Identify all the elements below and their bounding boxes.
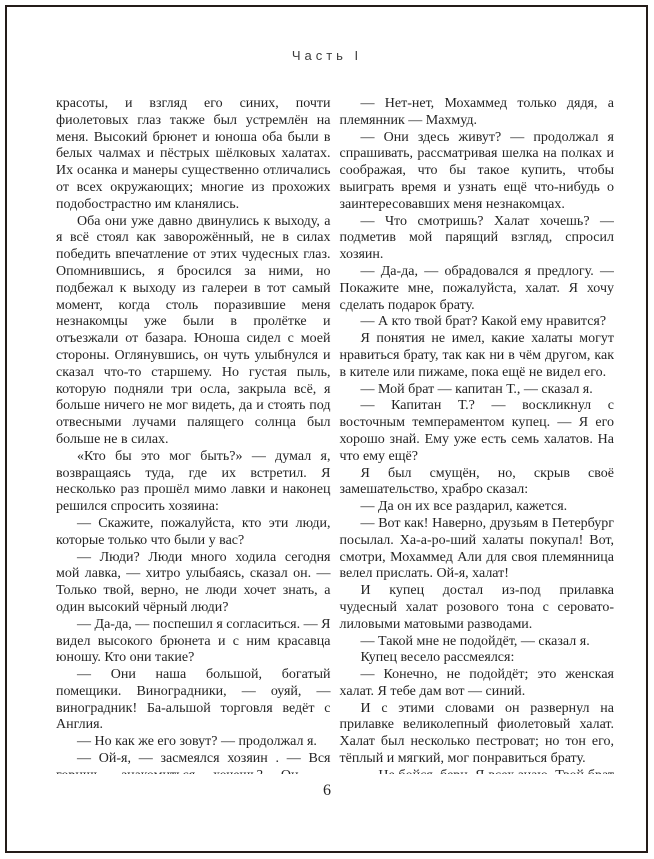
paragraph: — Не бойся, бери. Я всех знаю. Твой брат… bbox=[340, 768, 615, 774]
paragraph: — Что смотришь? Халат хочешь? — подметив… bbox=[340, 214, 615, 264]
paragraph: Оба они уже давно двинулись к выходу, а … bbox=[56, 214, 331, 449]
text-columns: красоты, и взгляд его синих, почти фиоле… bbox=[56, 96, 614, 774]
paragraph: — Капитан Т.? — воскликнул с восточным т… bbox=[340, 398, 615, 465]
paragraph: — Они наша большой, богатый помещики. Ви… bbox=[56, 667, 331, 734]
book-page: Часть I красоты, и взгляд его синих, поч… bbox=[0, 0, 654, 859]
paragraph: красоты, и взгляд его синих, почти фиоле… bbox=[56, 96, 331, 214]
paragraph: — Люди? Люди много ходила сегодня мой ла… bbox=[56, 550, 331, 617]
paragraph: Купец весело рассмеялся: bbox=[340, 650, 615, 667]
paragraph: — Конечно, не подойдёт; это женская хала… bbox=[340, 667, 615, 701]
paragraph: — Вот как! Наверно, друзьям в Петербург … bbox=[340, 516, 615, 583]
paragraph: — Мой брат — капитан Т., — сказал я. bbox=[340, 382, 615, 399]
paragraph: — Да-да, — обрадовался я предлогу. — Пок… bbox=[340, 264, 615, 314]
text-column-right: — Нет-нет, Мохаммед только дядя, а племя… bbox=[340, 96, 615, 774]
paragraph: — Такой мне не подойдёт, — сказал я. bbox=[340, 634, 615, 651]
text-column-left: красоты, и взгляд его синих, почти фиоле… bbox=[56, 96, 331, 774]
part-heading: Часть I bbox=[0, 48, 654, 63]
paragraph: — Скажите, пожалуйста, кто эти люди, кот… bbox=[56, 516, 331, 550]
paragraph: И с этими словами он развернул на прилав… bbox=[340, 701, 615, 768]
paragraph: Я понятия не имел, какие халаты могут нр… bbox=[340, 331, 615, 381]
paragraph: — А кто твой брат? Какой ему нравится? bbox=[340, 314, 615, 331]
paragraph: — Они здесь живут? — продолжал я спрашив… bbox=[340, 130, 615, 214]
paragraph: — Ой-я, — засмеялся хозяин . — Вся гориш… bbox=[56, 751, 331, 774]
paragraph: «Кто бы это мог быть?» — думал я, возвра… bbox=[56, 449, 331, 516]
page-number: 6 bbox=[0, 782, 654, 800]
paragraph: Я был смущён, но, скрыв своё замешательс… bbox=[340, 466, 615, 500]
paragraph: — Но как же его зовут? — продолжал я. bbox=[56, 734, 331, 751]
paragraph: И купец достал из-под прилавка чудесный … bbox=[340, 583, 615, 633]
paragraph: — Да-да, — поспешил я согласиться. — Я в… bbox=[56, 617, 331, 667]
paragraph: — Да он их все раздарил, кажется. bbox=[340, 499, 615, 516]
paragraph: — Нет-нет, Мохаммед только дядя, а племя… bbox=[340, 96, 615, 130]
